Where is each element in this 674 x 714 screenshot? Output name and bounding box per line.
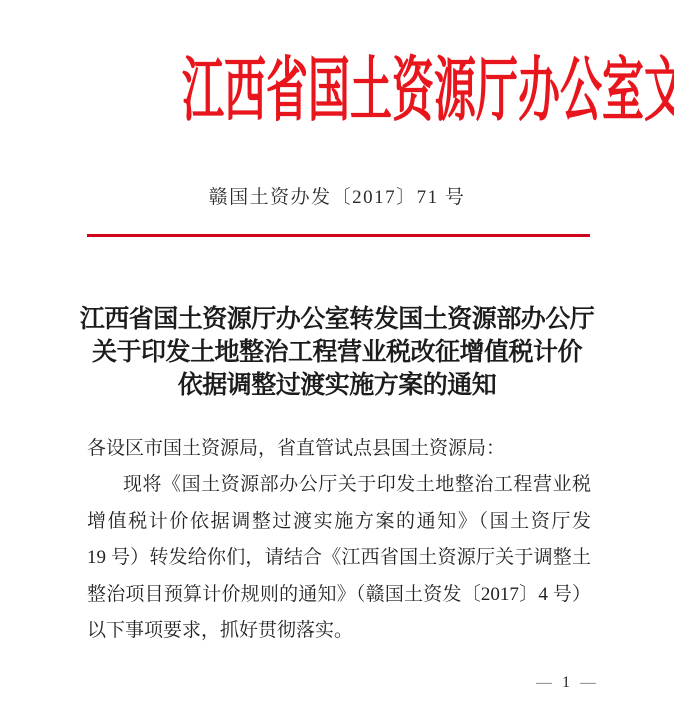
document-title-line-3: 依据调整过渡实施方案的通知 (0, 369, 674, 402)
document-title-line-1: 江西省国土资源厅办公室转发国土资源部办公厅 (0, 303, 674, 336)
page-number-dash-right: — (580, 674, 596, 692)
official-document-page: 江西省国土资源厅办公室文件 赣国土资办发〔2017〕71 号 江西省国土资源厅办… (0, 0, 674, 714)
body-line-1: 现将《国土资源部办公厅关于印发土地整治工程营业税改征 (87, 467, 591, 503)
salutation-line: 各设区市国土资源局，省直管试点县国土资源局： (87, 431, 591, 467)
page-number: — 1 — (536, 674, 596, 692)
body-line-2: 增值税计价依据调整过渡实施方案的通知》（国土资厅发〔2017〕 (87, 504, 591, 540)
masthead: 江西省国土资源厅办公室文件 (0, 52, 674, 132)
document-title: 江西省国土资源厅办公室转发国土资源部办公厅 关于印发土地整治工程营业税改征增值税… (0, 303, 674, 402)
document-title-line-2: 关于印发土地整治工程营业税改征增值税计价 (0, 336, 674, 369)
document-number: 赣国土资办发〔2017〕71 号 (0, 182, 674, 209)
body-line-5: 以下事项要求，抓好贯彻落实。 (87, 613, 591, 649)
page-number-dash-left: — (536, 674, 552, 692)
masthead-title: 江西省国土资源厅办公室文件 (182, 52, 674, 132)
document-body: 各设区市国土资源局，省直管试点县国土资源局： 现将《国土资源部办公厅关于印发土地… (87, 431, 591, 649)
body-line-4: 整治项目预算计价规则的通知》（赣国土资发〔2017〕4 号）和 (87, 577, 591, 613)
page-number-value: 1 (562, 674, 570, 692)
red-divider-line (87, 234, 590, 237)
body-line-3: 19 号）转发给你们，请结合《江西省国土资源厅关于调整土地 (87, 540, 591, 576)
